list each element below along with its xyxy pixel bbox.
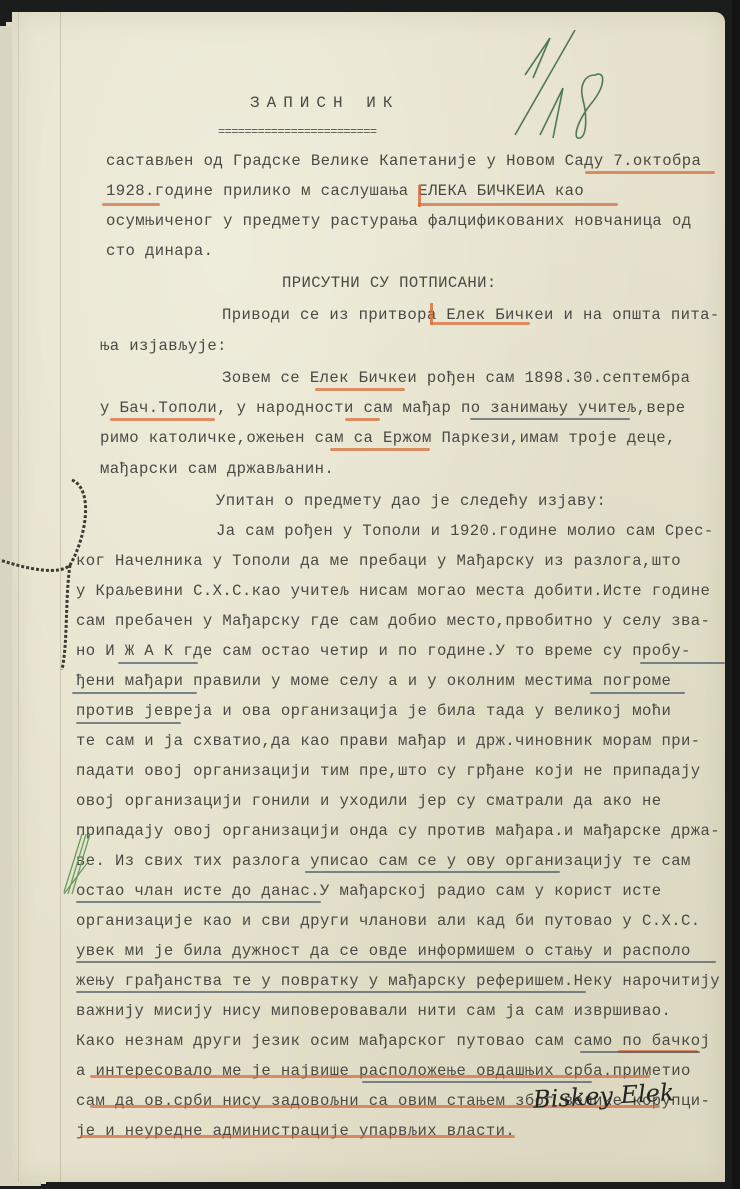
text-line: ког Начелника у Тополи да ме пребаци у М…	[76, 551, 681, 571]
text-line: у Краљевини С.Х.С.као учитељ нисам могао…	[76, 581, 710, 601]
text-line: Ја сам рођен у Тополи и 1920.године моли…	[216, 521, 714, 541]
text-line: увек ми је била дужност да се овде инфор…	[76, 941, 691, 961]
green-margin-mark	[60, 832, 100, 902]
blue-underline-village	[118, 662, 198, 664]
text-line: 1928.године прилико м саслушања ЕЛЕКА БИ…	[106, 181, 584, 201]
folio-number-handwritten	[495, 30, 625, 150]
text-line: остао члан исте до данас.У мађарској рад…	[76, 881, 661, 901]
text-line: те сам и ја схватио,да као прави мађар и…	[76, 731, 701, 751]
text-line: ђени мађари правили у моме селу а и у ок…	[76, 671, 671, 691]
blue-underline-pogroms	[590, 692, 685, 694]
text-line: овој организацији гонили и уходили јер с…	[76, 791, 661, 811]
text-line: ња изјављује:	[100, 336, 227, 356]
blue-underline	[76, 722, 181, 724]
blue-underline-member	[76, 901, 321, 903]
blue-underline-profession	[470, 418, 630, 420]
text-line: у Бач.Тополи, у народности сам мађар по …	[100, 398, 685, 418]
blue-underline-joined	[305, 871, 560, 873]
title-underline-rule: ========================	[218, 125, 376, 139]
text-line: сто динара.	[106, 241, 213, 261]
red-underline-line	[90, 1075, 650, 1078]
red-underline-name-3	[315, 388, 405, 391]
text-line: мађарски сам држављанин.	[100, 459, 334, 479]
text-line: но И Ж А К где сам остао четир и по годи…	[76, 641, 691, 661]
document-title: ЗАПИСН ИК	[250, 94, 399, 112]
text-line: против јевреја и ова организација је бил…	[76, 701, 671, 721]
text-line: ве. Из свих тих разлога уписао сам се у …	[76, 851, 691, 871]
text-line: жењу грађанства те у повратку у мађарску…	[76, 971, 720, 991]
blue-underline	[640, 662, 725, 664]
text-line: римо католичке,ожењен сам са Ержом Парке…	[100, 428, 676, 448]
text-line: састављен од Градске Велике Капетаније у…	[106, 151, 701, 171]
blue-underline	[580, 1051, 700, 1053]
red-underline-wife	[330, 448, 430, 451]
blue-underline-mood	[362, 1081, 592, 1083]
text-line: важнију мисију нису миповеровавали нити …	[76, 1001, 671, 1021]
text-line: падати овој организацији тим пре,што су …	[76, 761, 701, 781]
red-underline-birthplace	[110, 418, 215, 421]
binding-string	[0, 470, 110, 670]
text-line: Упитан о предмету дао је следећу изјаву:	[216, 491, 606, 511]
red-underline-nationality	[345, 418, 380, 421]
text-line: а интересовало ме је највише расположење…	[76, 1061, 691, 1081]
text-line: припадају овој организацији онда су прот…	[76, 821, 720, 841]
blue-underline	[72, 692, 197, 694]
blue-underline-report	[76, 991, 586, 993]
blue-underline-duty	[76, 961, 716, 963]
scanner-background-edge	[732, 0, 740, 1189]
section-heading: ПРИСУТНИ СУ ПОТПИСАНИ:	[282, 273, 497, 293]
text-line: је и неуредне администрације упарвљих вл…	[76, 1121, 515, 1141]
red-underline-name	[418, 203, 618, 206]
red-underline-name-2	[430, 322, 530, 325]
text-line: осумњиченог у предмету растурања фалцифи…	[106, 211, 691, 231]
red-underline-year	[102, 203, 160, 206]
red-underline-line	[80, 1135, 515, 1138]
red-underline-date	[585, 171, 715, 174]
text-line: организације као и сви други чланови али…	[76, 911, 701, 931]
text-line: Како незнам други језик осим мађарског п…	[76, 1031, 710, 1051]
text-line: сам пребачен у Мађарску где сам добио ме…	[76, 611, 710, 631]
text-line: Зовем се Елек Бичкеи рођен сам 1898.30.с…	[222, 368, 690, 388]
